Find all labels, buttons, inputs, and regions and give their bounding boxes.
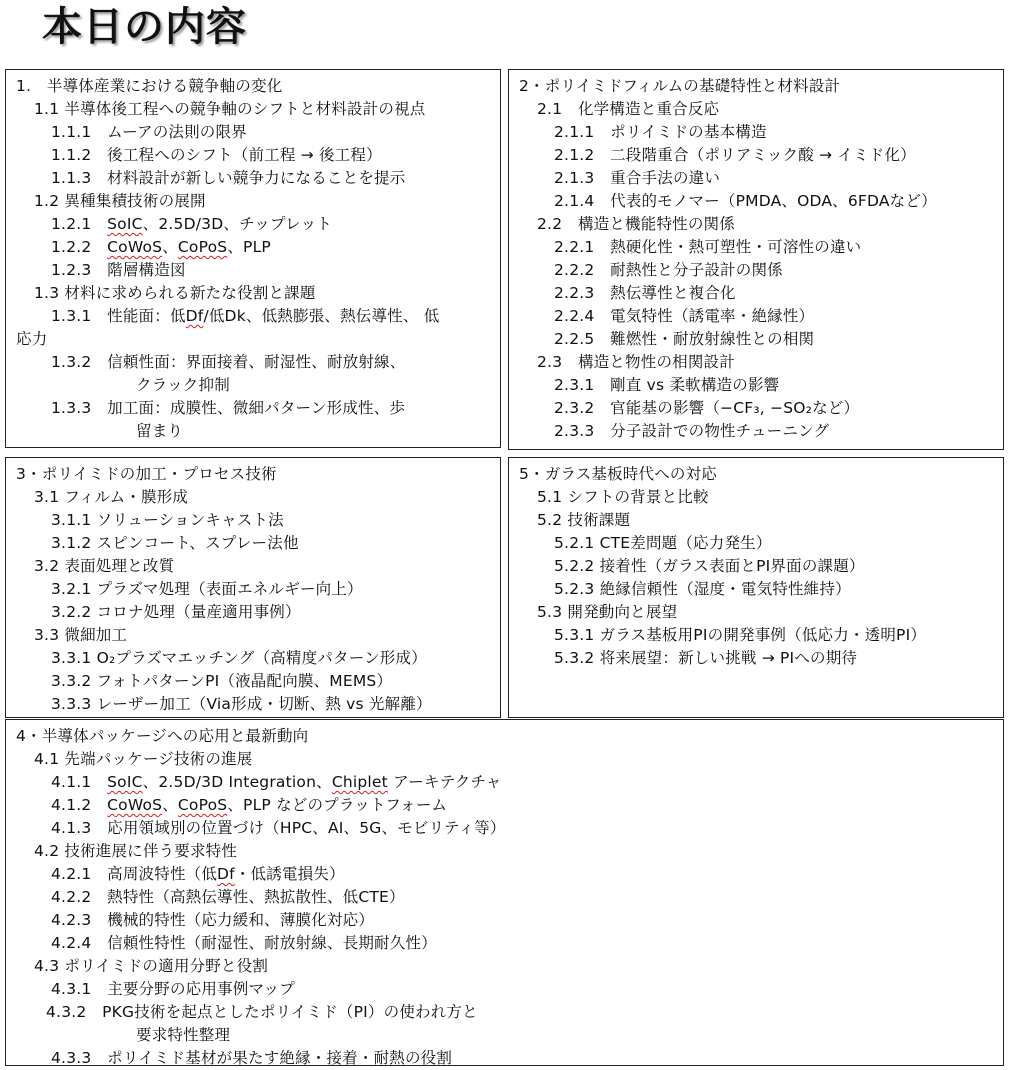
subsubsection-item: 4.2.3 機械的特性（応力緩和、薄膜化対応） [6,909,1003,932]
subsection-item: 3.1 フィルム・膜形成 [6,486,500,509]
subsubsection-item: 1.2.3 階層構造図 [6,259,500,282]
section-5-box: 5・ガラス基板時代への対応 5.1 シフトの背景と比較 5.2 技術課題 5.2… [508,457,1004,718]
section-heading: 4・半導体パッケージへの応用と最新動向 [6,725,1003,748]
item-number: 4.2.1 高周波特性（低 [51,865,217,883]
spellcheck-word: CoWoS [107,796,162,814]
subsubsection-item: 1.2.2 CoWoS、CoPoS、PLP [6,236,500,259]
subsubsection-item: 4.2.1 高周波特性（低Df・低誘電損失） [6,863,1003,886]
subsubsection-item: 4.3.2 PKG技術を起点としたポリイミド（PI）の使われ方と [6,1001,1003,1024]
wrapped-line: クラック抑制 [6,374,500,397]
spellcheck-word: CoPoS [178,796,227,814]
page-title: 本日の内容 [42,2,247,52]
section-heading: 1. 半導体産業における競争軸の変化 [6,75,500,98]
subsubsection-item: 3.3.3 レーザー加工（Via形成・切断、熱 vs 光解離） [6,693,500,716]
section-heading: 2・ポリイミドフィルムの基礎特性と材料設計 [509,75,1003,98]
subsubsection-item: 1.3.3 加工面：成膜性、微細パターン形成性、歩 [6,397,500,420]
item-text: 、PLP [227,238,271,256]
section-2-box: 2・ポリイミドフィルムの基礎特性と材料設計 2.1 化学構造と重合反応 2.1.… [508,69,1004,450]
spellcheck-word: Df [217,865,235,883]
spellcheck-word: CoPoS [178,238,227,256]
item-number: 4.1.1 [51,773,107,791]
subsubsection-item: 3.3.1 O₂プラズマエッチング（高精度パターン形成） [6,647,500,670]
spellcheck-word: Chiplet [332,773,388,791]
subsubsection-item: 3.1.2 スピンコート、スプレー法他 [6,532,500,555]
subsection-item: 5.1 シフトの背景と比較 [509,486,1003,509]
subsubsection-item: 1.3.2 信頼性面：界面接着、耐湿性、耐放射線、 [6,351,500,374]
subsection-item: 1.1 半導体後工程への競争軸のシフトと材料設計の視点 [6,98,500,121]
subsection-item: 5.3 開発動向と展望 [509,601,1003,624]
item-number: 1.3.1 性能面：低 [51,307,186,325]
subsection-item: 2.3 構造と物性の相関設計 [509,351,1003,374]
spellcheck-word: SoIC [107,773,143,791]
spellcheck-word: CoWoS [107,238,162,256]
subsubsection-item: 3.2.1 プラズマ処理（表面エネルギー向上） [6,578,500,601]
subsubsection-item: 5.3.2 将来展望：新しい挑戦 → PIへの期待 [509,647,1003,670]
subsubsection-item: 1.3.1 性能面：低Df/低Dk、低熱膨張、熱伝導性、 低 [6,305,500,328]
subsubsection-item: 2.3.1 剛直 vs 柔軟構造の影響 [509,374,1003,397]
item-number: 1.2.1 [51,215,107,233]
spellcheck-word: Df [186,307,204,325]
section-1-box: 1. 半導体産業における競争軸の変化 1.1 半導体後工程への競争軸のシフトと材… [5,69,501,448]
item-text: アーキテクチャ [388,773,501,791]
subsubsection-item: 1.2.1 SoIC、2.5D/3D、チップレット [6,213,500,236]
subsection-item: 3.2 表面処理と改質 [6,555,500,578]
subsubsection-item: 2.1.3 重合手法の違い [509,167,1003,190]
subsubsection-item: 1.1.2 後工程へのシフト（前工程 → 後工程） [6,144,500,167]
subsubsection-item: 3.3.2 フォトパターンPI（液晶配向膜、MEMS） [6,670,500,693]
subsection-item: 4.2 技術進展に伴う要求特性 [6,840,1003,863]
subsubsection-item: 1.1.1 ムーアの法則の限界 [6,121,500,144]
subsection-item: 2.2 構造と機能特性の関係 [509,213,1003,236]
subsubsection-item: 2.1.1 ポリイミドの基本構造 [509,121,1003,144]
subsection-item: 4.1 先端パッケージ技術の進展 [6,748,1003,771]
subsection-item: 5.2 技術課題 [509,509,1003,532]
subsubsection-item: 2.2.3 熱伝導性と複合化 [509,282,1003,305]
subsubsection-item: 4.1.2 CoWoS、CoPoS、PLP などのプラットフォーム [6,794,1003,817]
subsubsection-item: 5.2.3 絶縁信頼性（湿度・電気特性維持） [509,578,1003,601]
section-3-box: 3・ポリイミドの加工・プロセス技術 3.1 フィルム・膜形成 3.1.1 ソリュ… [5,457,501,718]
item-text: ・低誘電損失） [235,865,345,883]
subsubsection-item: 2.2.2 耐熱性と分子設計の関係 [509,259,1003,282]
subsubsection-item: 4.3.3 ポリイミド基材が果たす絶縁・接着・耐熱の役割 [6,1047,1003,1070]
subsubsection-item: 1.1.3 材料設計が新しい競争力になることを提示 [6,167,500,190]
subsubsection-item: 4.2.2 熱特性（高熱伝導性、熱拡散性、低CTE） [6,886,1003,909]
subsubsection-item: 3.2.2 コロナ処理（量産適用事例） [6,601,500,624]
item-text: /低Dk、低熱膨張、熱伝導性、 低 [203,307,439,325]
spellcheck-word: SoIC [107,215,143,233]
subsubsection-item: 5.2.1 CTE差問題（応力発生） [509,532,1003,555]
subsubsection-item: 2.2.1 熱硬化性・熱可塑性・可溶性の違い [509,236,1003,259]
item-text: 、2.5D/3D、チップレット [143,215,332,233]
item-text: 、 [162,238,178,256]
section-heading: 5・ガラス基板時代への対応 [509,463,1003,486]
subsubsection-item: 5.3.1 ガラス基板用PIの開発事例（低応力・透明PI） [509,624,1003,647]
subsubsection-item: 3.1.1 ソリューションキャスト法 [6,509,500,532]
item-number: 1.2.2 [51,238,107,256]
subsubsection-item: 2.1.4 代表的モノマー（PMDA、ODA、6FDAなど） [509,190,1003,213]
wrapped-line: 留まり [6,420,500,443]
subsubsection-item: 5.2.2 接着性（ガラス表面とPI界面の課題） [509,555,1003,578]
subsection-item: 4.3 ポリイミドの適用分野と役割 [6,955,1003,978]
subsubsection-item: 2.2.4 電気特性（誘電率・絶縁性） [509,305,1003,328]
subsubsection-item: 2.2.5 難燃性・耐放射線性との相関 [509,328,1003,351]
subsection-item: 2.1 化学構造と重合反応 [509,98,1003,121]
item-text: 、PLP などのプラットフォーム [227,796,447,814]
wrapped-line: 要求特性整理 [6,1024,1003,1047]
section-heading: 3・ポリイミドの加工・プロセス技術 [6,463,500,486]
subsubsection-item: 4.3.1 主要分野の応用事例マップ [6,978,1003,1001]
subsubsection-item: 2.3.2 官能基の影響（−CF₃, −SO₂など） [509,397,1003,420]
wrapped-line: 応力 [6,328,500,351]
subsection-item: 1.2 異種集積技術の展開 [6,190,500,213]
item-number: 4.1.2 [51,796,107,814]
subsubsection-item: 4.2.4 信頼性特性（耐湿性、耐放射線、長期耐久性） [6,932,1003,955]
subsubsection-item: 2.1.2 二段階重合（ポリアミック酸 → イミド化） [509,144,1003,167]
section-4-box: 4・半導体パッケージへの応用と最新動向 4.1 先端パッケージ技術の進展 4.1… [5,719,1004,1066]
subsection-item: 3.3 微細加工 [6,624,500,647]
item-text: 、2.5D/3D Integration、 [143,773,332,791]
subsection-item: 1.3 材料に求められる新たな役割と課題 [6,282,500,305]
item-text: 、 [162,796,178,814]
subsubsection-item: 4.1.3 応用領域別の位置づけ（HPC、AI、5G、モビリティ等） [6,817,1003,840]
subsubsection-item: 2.3.3 分子設計での物性チューニング [509,420,1003,443]
subsubsection-item: 4.1.1 SoIC、2.5D/3D Integration、Chiplet ア… [6,771,1003,794]
